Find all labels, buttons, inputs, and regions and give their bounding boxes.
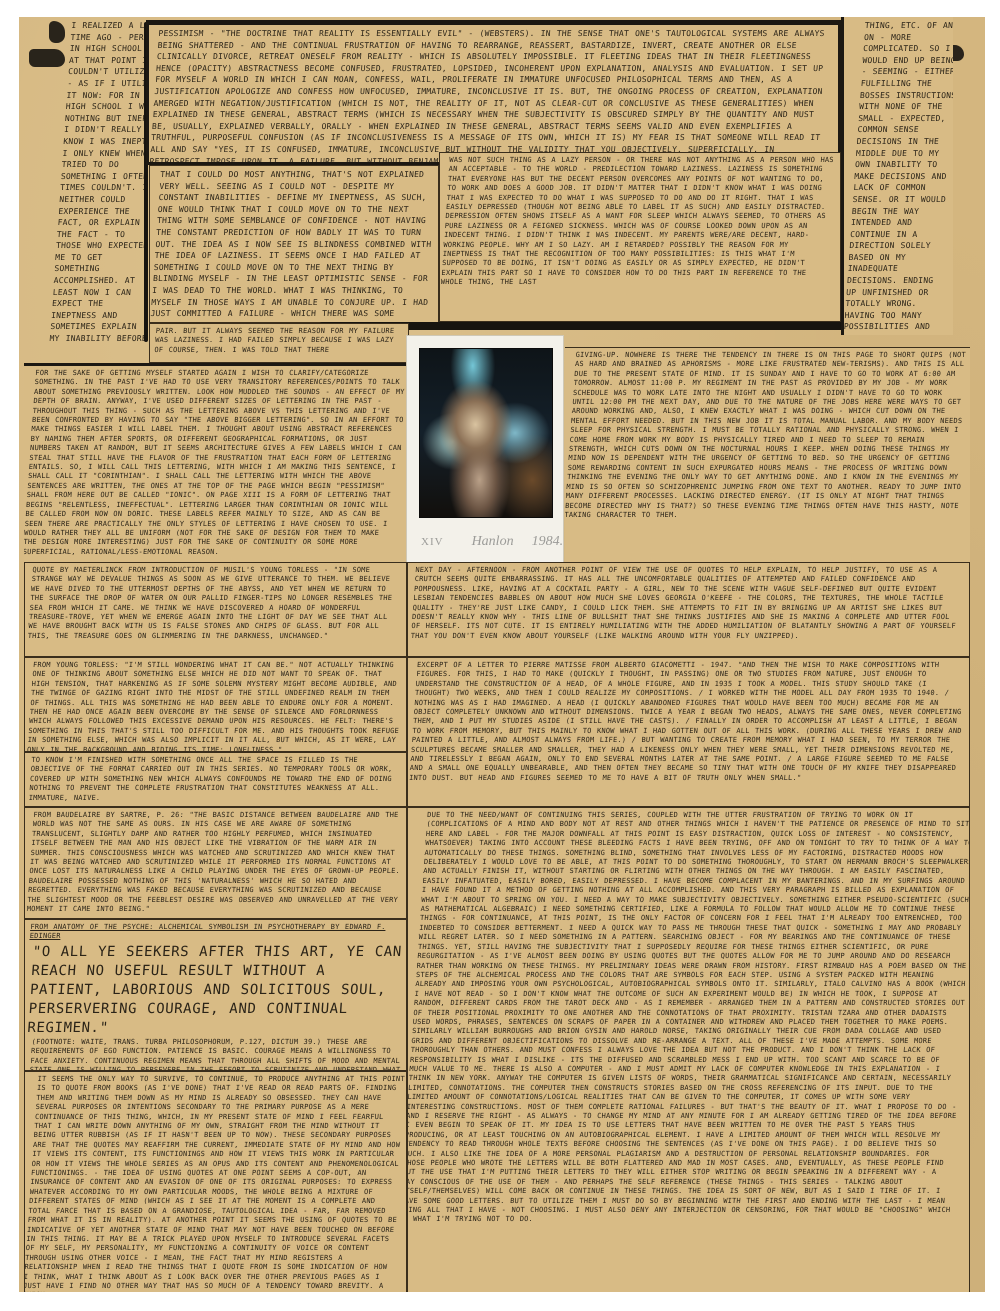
text-left-column: I REALIZED A LONG TIME AGO - PERHAPS IN … (29, 20, 157, 347)
text-failure: THAT I COULD DO MOST ANYTHING, THAT'S NO… (149, 169, 438, 323)
panel-lettering: FOR THE SAKE OF GETTING MYSELF STARTED A… (24, 363, 406, 563)
text-quote-maeterlinck: QUOTE BY MAETERLINCK FROM INTRODUCTION O… (27, 566, 403, 641)
text-alchemy-quote: "O ALL YE SEEKERS AFTER THIS ART, YE CAN… (27, 943, 405, 1038)
text-alchemy-source: FROM ANATOMY OF THE PSYCHE: ALCHEMICAL S… (29, 923, 401, 941)
panel-pair: PAIR. BUT IT ALWAYS SEEMED THE REASON FO… (149, 323, 409, 363)
text-pessimism: PESSIMISM - "THE DOCTRINE THAT REALITY I… (149, 28, 838, 165)
text-quote-torless: FROM YOUNG TORLESS: "I'M STILL WONDERING… (27, 661, 405, 752)
panel-quote-torless: FROM YOUNG TORLESS: "I'M STILL WONDERING… (24, 657, 407, 752)
text-giving-up: GIVING-UP. NOWHERE IS THERE THE TENDENCY… (565, 351, 970, 520)
panel-continuing-series: DUE TO THE NEED/WANT OF CONTINUING THIS … (407, 807, 970, 1292)
artwork-sheet: I REALIZED A LONG TIME AGO - PERHAPS IN … (19, 17, 985, 1292)
text-right-column: THING, ETC. OF AND ON - MORE COMPLICATED… (841, 20, 953, 335)
plate-number: XIV (421, 536, 444, 548)
panel-right-column: THING, ETC. OF AND ON - MORE COMPLICATED… (841, 17, 953, 335)
panel-quotes-survive: IT SEEMS THE ONLY WAY TO SURVIVE, TO CON… (24, 1071, 407, 1292)
text-quote-giacometti: EXCERPT OF A LETTER TO PIERRE MATISSE FR… (409, 661, 969, 783)
text-quote-baudelaire: FROM BAUDELAIRE BY SARTRE, P. 26: "THE B… (26, 811, 404, 914)
panel-finished-note: TO KNOW I'M FINISHED WITH SOMETHING ONCE… (24, 752, 407, 807)
panel-next-day: NEXT DAY - AFTERNOON - FROM ANOTHER POIN… (407, 562, 970, 657)
text-pair: PAIR. BUT IT ALWAYS SEEMED THE REASON FO… (154, 327, 404, 355)
photo-image-shirtless-figure (419, 348, 553, 518)
panel-giving-up: GIVING-UP. NOWHERE IS THERE THE TENDENCY… (565, 347, 970, 562)
text-next-day: NEXT DAY - AFTERNOON - FROM ANOTHER POIN… (410, 566, 966, 641)
panel-quote-maeterlinck: QUOTE BY MAETERLINCK FROM INTRODUCTION O… (24, 562, 407, 657)
panel-left-column: I REALIZED A LONG TIME AGO - PERHAPS IN … (29, 17, 157, 347)
text-alchemy-footnote: (FOOTNOTE: WAITE, TRANS. TURBA PHILOSOPH… (28, 1038, 403, 1071)
polaroid-inscription: XIV Hanlon 1984. (407, 532, 563, 552)
text-laziness: WAS NOT SUCH THING AS A LAZY PERSON - OR… (440, 156, 839, 288)
text-continuing-series: DUE TO THE NEED/WANT OF CONTINUING THIS … (407, 811, 970, 1225)
text-quotes-survive: IT SEEMS THE ONLY WAY TO SURVIVE, TO CON… (24, 1075, 407, 1292)
panel-quote-baudelaire: FROM BAUDELAIRE BY SARTRE, P. 26: "THE B… (24, 807, 407, 919)
panel-pessimism: PESSIMISM - "THE DOCTRINE THAT REALITY I… (146, 20, 841, 165)
artist-signature: Hanlon (472, 534, 514, 550)
text-lettering: FOR THE SAKE OF GETTING MYSELF STARTED A… (24, 369, 406, 557)
text-finished-note: TO KNOW I'M FINISHED WITH SOMETHING ONCE… (28, 756, 402, 803)
panel-laziness: WAS NOT SUCH THING AS A LAZY PERSON - OR… (439, 152, 841, 322)
panel-quote-alchemy: FROM ANATOMY OF THE PSYCHE: ALCHEMICAL S… (24, 919, 407, 1071)
polaroid-photo: XIV Hanlon 1984. (407, 336, 563, 563)
panel-quote-giacometti: EXCERPT OF A LETTER TO PIERRE MATISSE FR… (407, 657, 970, 807)
panel-failure: THAT I COULD DO MOST ANYTHING, THAT'S NO… (149, 165, 439, 323)
artwork-year: 1984. (532, 534, 564, 550)
